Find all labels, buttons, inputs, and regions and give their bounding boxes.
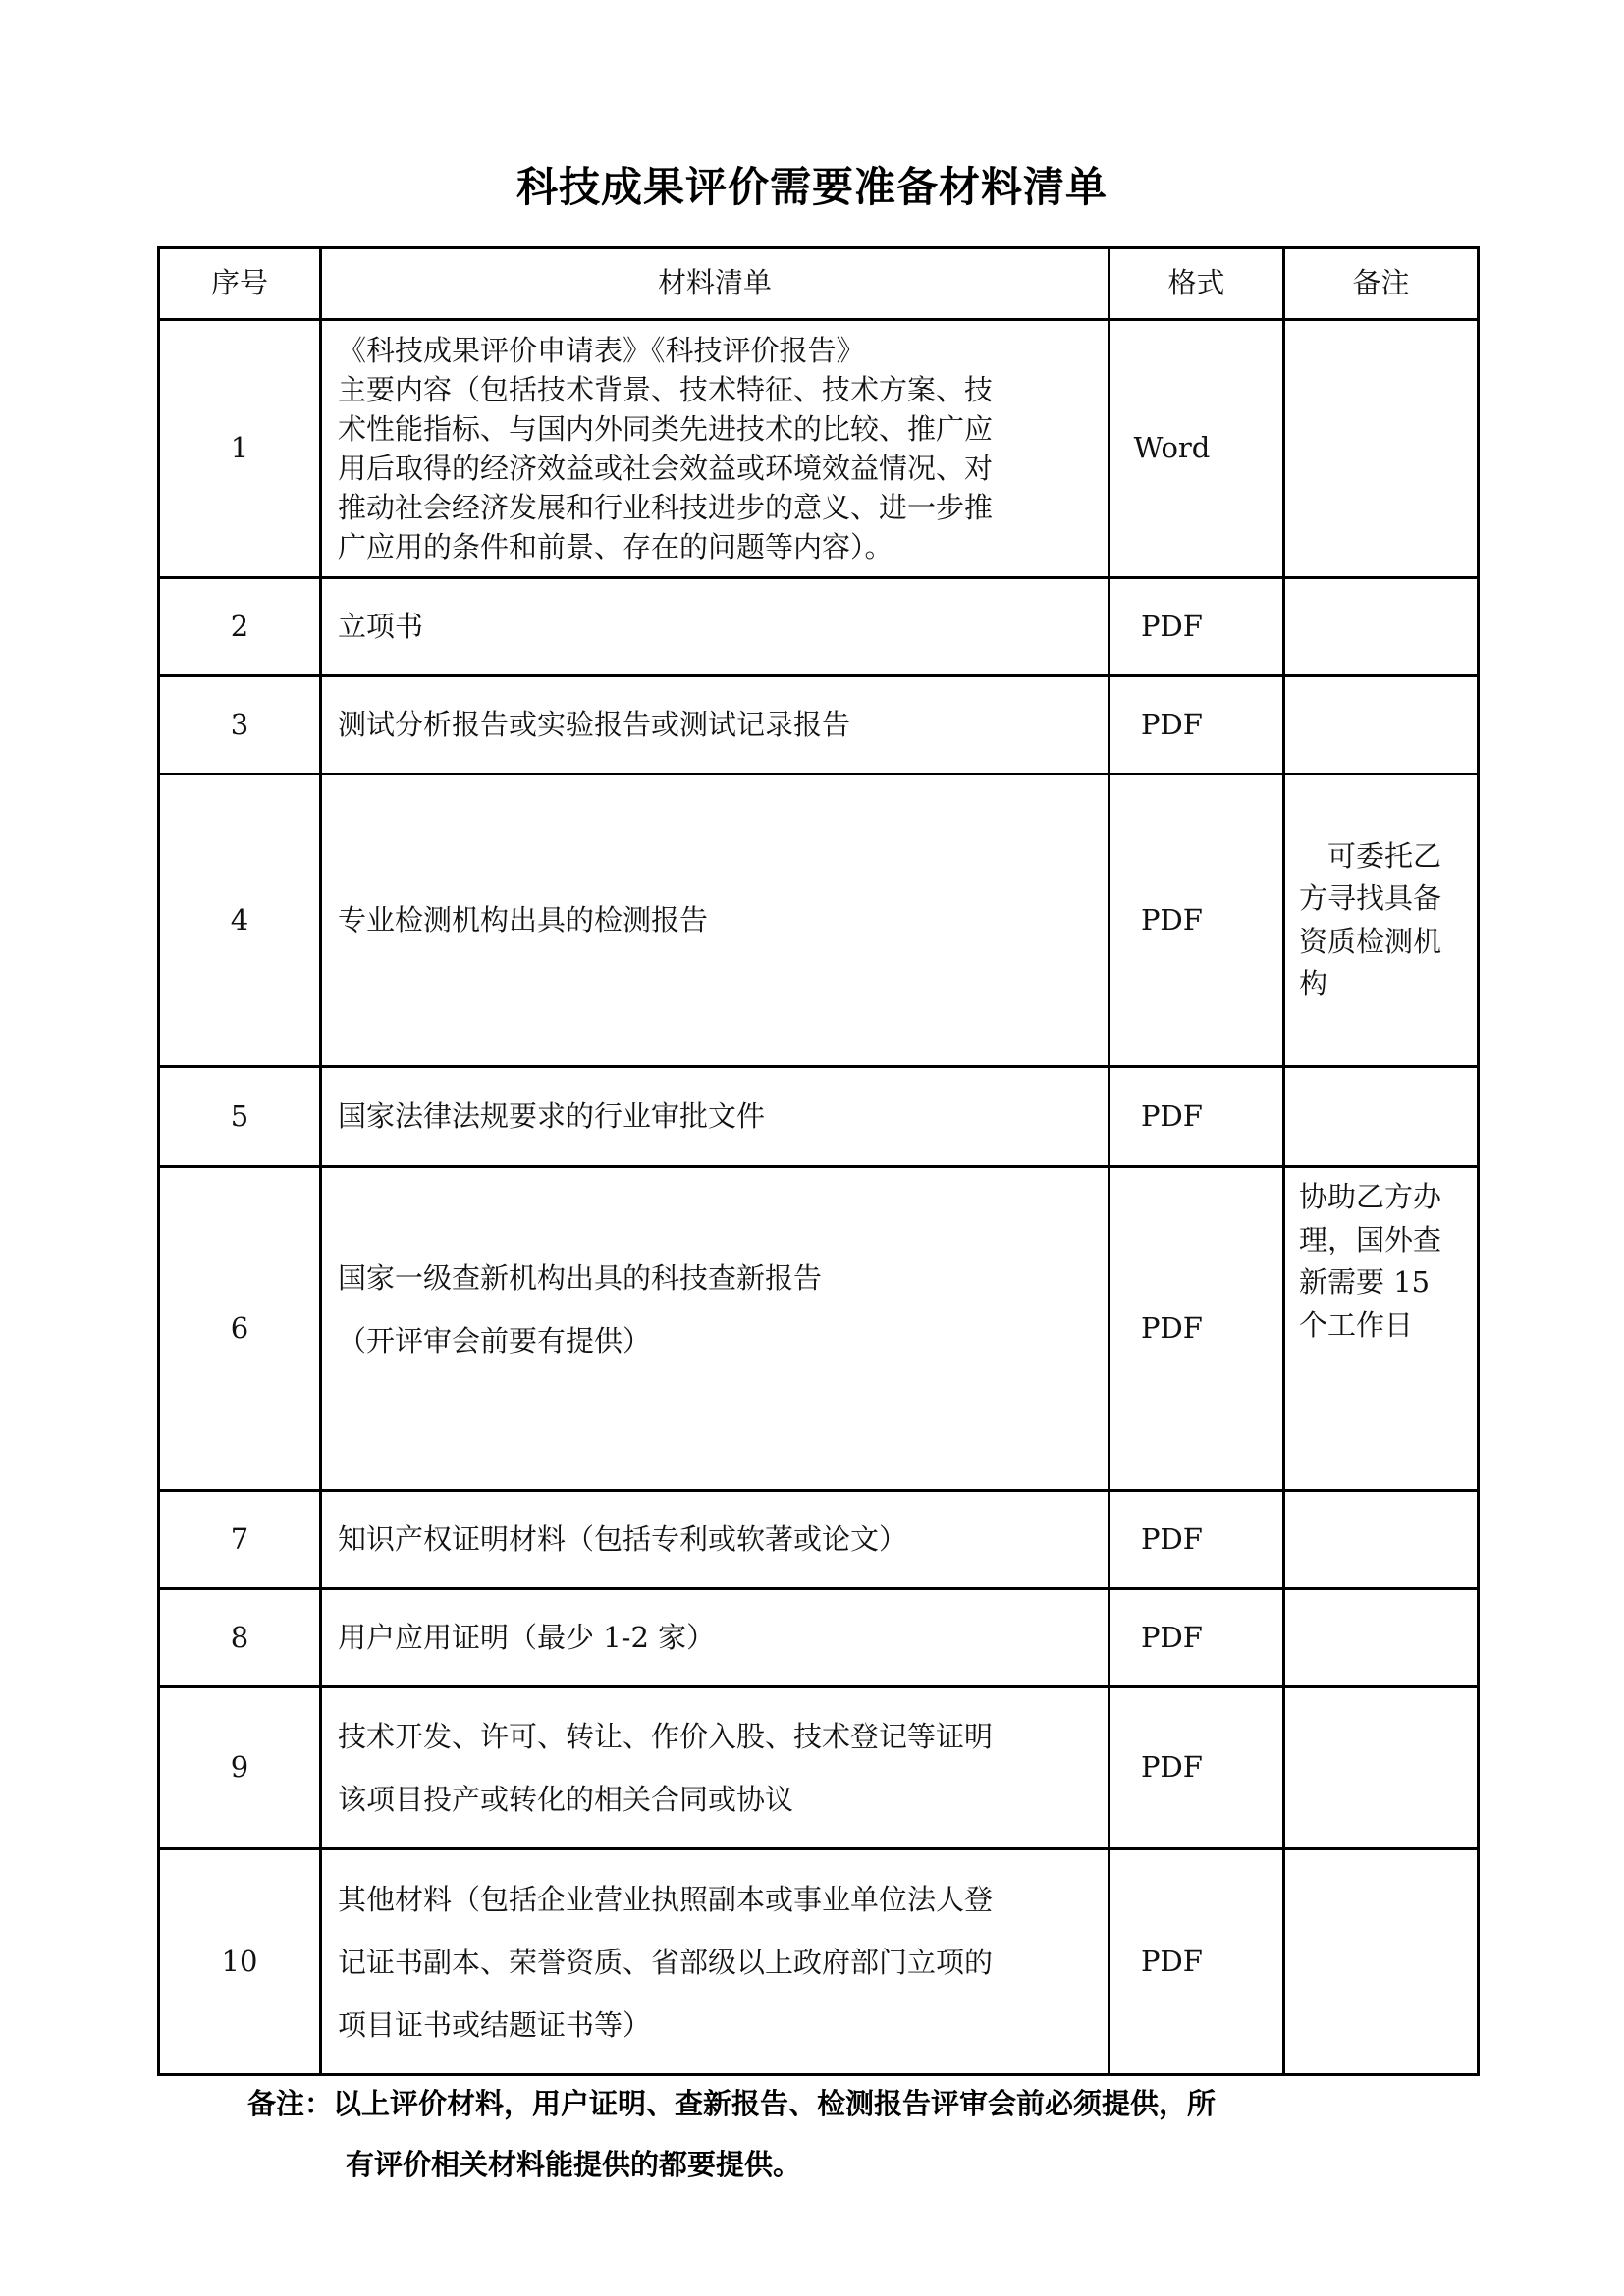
- row-number: 3: [159, 676, 321, 774]
- note-line: 理，国外查: [1299, 1219, 1467, 1262]
- format-cell: PDF: [1110, 1067, 1284, 1167]
- row-number: 2: [159, 578, 321, 676]
- material-line: 国家一级查新机构出具的科技查新报告: [338, 1247, 1094, 1309]
- note-line: 资质检测机: [1299, 921, 1467, 964]
- footnote-line-2: 有评价相关材料能提供的都要提供。: [247, 2134, 1406, 2195]
- materials-table: 序号 材料清单 格式 备注 1 《科技成果评价申请表》《科技评价报告》 主要内容…: [157, 246, 1480, 2076]
- row-number: 8: [159, 1589, 321, 1687]
- note-cell: [1284, 578, 1479, 676]
- row-number: 6: [159, 1167, 321, 1491]
- format-cell: PDF: [1110, 1491, 1284, 1589]
- material-line: （开评审会前要有提供）: [338, 1309, 1094, 1372]
- note-line: 个工作日: [1299, 1305, 1467, 1348]
- material-line: 推动社会经济发展和行业科技进步的意义、进一步推: [338, 488, 1094, 527]
- table-row: 7 知识产权证明材料（包括专利或软著或论文） PDF: [159, 1491, 1479, 1589]
- material-line: 技术开发、许可、转让、作价入股、技术登记等证明: [338, 1705, 1094, 1768]
- table-row: 4 专业检测机构出具的检测报告 PDF 可委托乙 方寻找具备 资质检测机 构: [159, 774, 1479, 1067]
- material-line: 用户应用证明（最少 1-2 家）: [338, 1617, 1094, 1660]
- note-line: 构: [1299, 963, 1467, 1006]
- header-note: 备注: [1284, 248, 1479, 320]
- material-line: 主要内容（包括技术背景、技术特征、技术方案、技: [338, 370, 1094, 409]
- material-line: 用后取得的经济效益或社会效益或环境效益情况、对: [338, 449, 1094, 488]
- table-row: 10 其他材料（包括企业营业执照副本或事业单位法人登 记证书副本、荣誉资质、省部…: [159, 1849, 1479, 2075]
- row-number: 1: [159, 320, 321, 578]
- material-line: 广应用的条件和前景、存在的问题等内容）。: [338, 527, 1094, 566]
- material-line: 国家法律法规要求的行业审批文件: [338, 1095, 1094, 1139]
- note-cell: [1284, 1687, 1479, 1849]
- material-cell: 其他材料（包括企业营业执照副本或事业单位法人登 记证书副本、荣誉资质、省部级以上…: [321, 1849, 1110, 2075]
- format-cell: PDF: [1110, 676, 1284, 774]
- table-row: 6 国家一级查新机构出具的科技查新报告 （开评审会前要有提供） PDF 协助乙方…: [159, 1167, 1479, 1491]
- note-cell: [1284, 1491, 1479, 1589]
- material-line: 记证书副本、荣誉资质、省部级以上政府部门立项的: [338, 1931, 1094, 1994]
- row-number: 10: [159, 1849, 321, 2075]
- material-cell: 测试分析报告或实验报告或测试记录报告: [321, 676, 1110, 774]
- material-line: 术性能指标、与国内外同类先进技术的比较、推广应: [338, 409, 1094, 449]
- note-cell: 协助乙方办 理，国外查 新需要 15 个工作日: [1284, 1167, 1479, 1491]
- row-number: 5: [159, 1067, 321, 1167]
- material-cell: 国家一级查新机构出具的科技查新报告 （开评审会前要有提供）: [321, 1167, 1110, 1491]
- note-cell: [1284, 1067, 1479, 1167]
- material-cell: 国家法律法规要求的行业审批文件: [321, 1067, 1110, 1167]
- note-cell: [1284, 320, 1479, 578]
- row-number: 4: [159, 774, 321, 1067]
- format-cell: PDF: [1110, 1589, 1284, 1687]
- table-row: 1 《科技成果评价申请表》《科技评价报告》 主要内容（包括技术背景、技术特征、技…: [159, 320, 1479, 578]
- table-row: 3 测试分析报告或实验报告或测试记录报告 PDF: [159, 676, 1479, 774]
- material-cell: 立项书: [321, 578, 1110, 676]
- material-line: 专业检测机构出具的检测报告: [338, 899, 1094, 942]
- row-number: 7: [159, 1491, 321, 1589]
- format-cell: Word: [1110, 320, 1284, 578]
- table-row: 5 国家法律法规要求的行业审批文件 PDF: [159, 1067, 1479, 1167]
- format-cell: PDF: [1110, 774, 1284, 1067]
- note-line: 协助乙方办: [1299, 1176, 1467, 1219]
- material-line: 该项目投产或转化的相关合同或协议: [338, 1768, 1094, 1831]
- header-material: 材料清单: [321, 248, 1110, 320]
- material-cell: 知识产权证明材料（包括专利或软著或论文）: [321, 1491, 1110, 1589]
- material-cell: 专业检测机构出具的检测报告: [321, 774, 1110, 1067]
- note-cell: [1284, 1589, 1479, 1687]
- format-cell: PDF: [1110, 1167, 1284, 1491]
- note-line: 新需要 15: [1299, 1261, 1467, 1305]
- format-cell: PDF: [1110, 578, 1284, 676]
- material-cell: 技术开发、许可、转让、作价入股、技术登记等证明 该项目投产或转化的相关合同或协议: [321, 1687, 1110, 1849]
- material-line: 《科技成果评价申请表》《科技评价报告》: [338, 331, 1094, 370]
- format-cell: PDF: [1110, 1849, 1284, 2075]
- format-cell: PDF: [1110, 1687, 1284, 1849]
- row-number: 9: [159, 1687, 321, 1849]
- material-line: 知识产权证明材料（包括专利或软著或论文）: [338, 1519, 1094, 1562]
- footnote: 备注：以上评价材料，用户证明、查新报告、检测报告评审会前必须提供，所 有评价相关…: [247, 2073, 1406, 2195]
- table-row: 8 用户应用证明（最少 1-2 家） PDF: [159, 1589, 1479, 1687]
- header-no: 序号: [159, 248, 321, 320]
- material-line: 测试分析报告或实验报告或测试记录报告: [338, 704, 1094, 747]
- page-title: 科技成果评价需要准备材料清单: [0, 155, 1624, 214]
- note-cell: 可委托乙 方寻找具备 资质检测机 构: [1284, 774, 1479, 1067]
- material-line: 立项书: [338, 606, 1094, 649]
- table-row: 9 技术开发、许可、转让、作价入股、技术登记等证明 该项目投产或转化的相关合同或…: [159, 1687, 1479, 1849]
- header-format: 格式: [1110, 248, 1284, 320]
- material-cell: 《科技成果评价申请表》《科技评价报告》 主要内容（包括技术背景、技术特征、技术方…: [321, 320, 1110, 578]
- footnote-line-1: 备注：以上评价材料，用户证明、查新报告、检测报告评审会前必须提供，所: [247, 2087, 1216, 2120]
- note-line: 方寻找具备: [1299, 878, 1467, 921]
- table-header-row: 序号 材料清单 格式 备注: [159, 248, 1479, 320]
- note-cell: [1284, 676, 1479, 774]
- table-row: 2 立项书 PDF: [159, 578, 1479, 676]
- note-cell: [1284, 1849, 1479, 2075]
- material-line: 其他材料（包括企业营业执照副本或事业单位法人登: [338, 1868, 1094, 1931]
- note-line: 可委托乙: [1299, 835, 1467, 879]
- material-line: 项目证书或结题证书等）: [338, 1994, 1094, 2056]
- material-cell: 用户应用证明（最少 1-2 家）: [321, 1589, 1110, 1687]
